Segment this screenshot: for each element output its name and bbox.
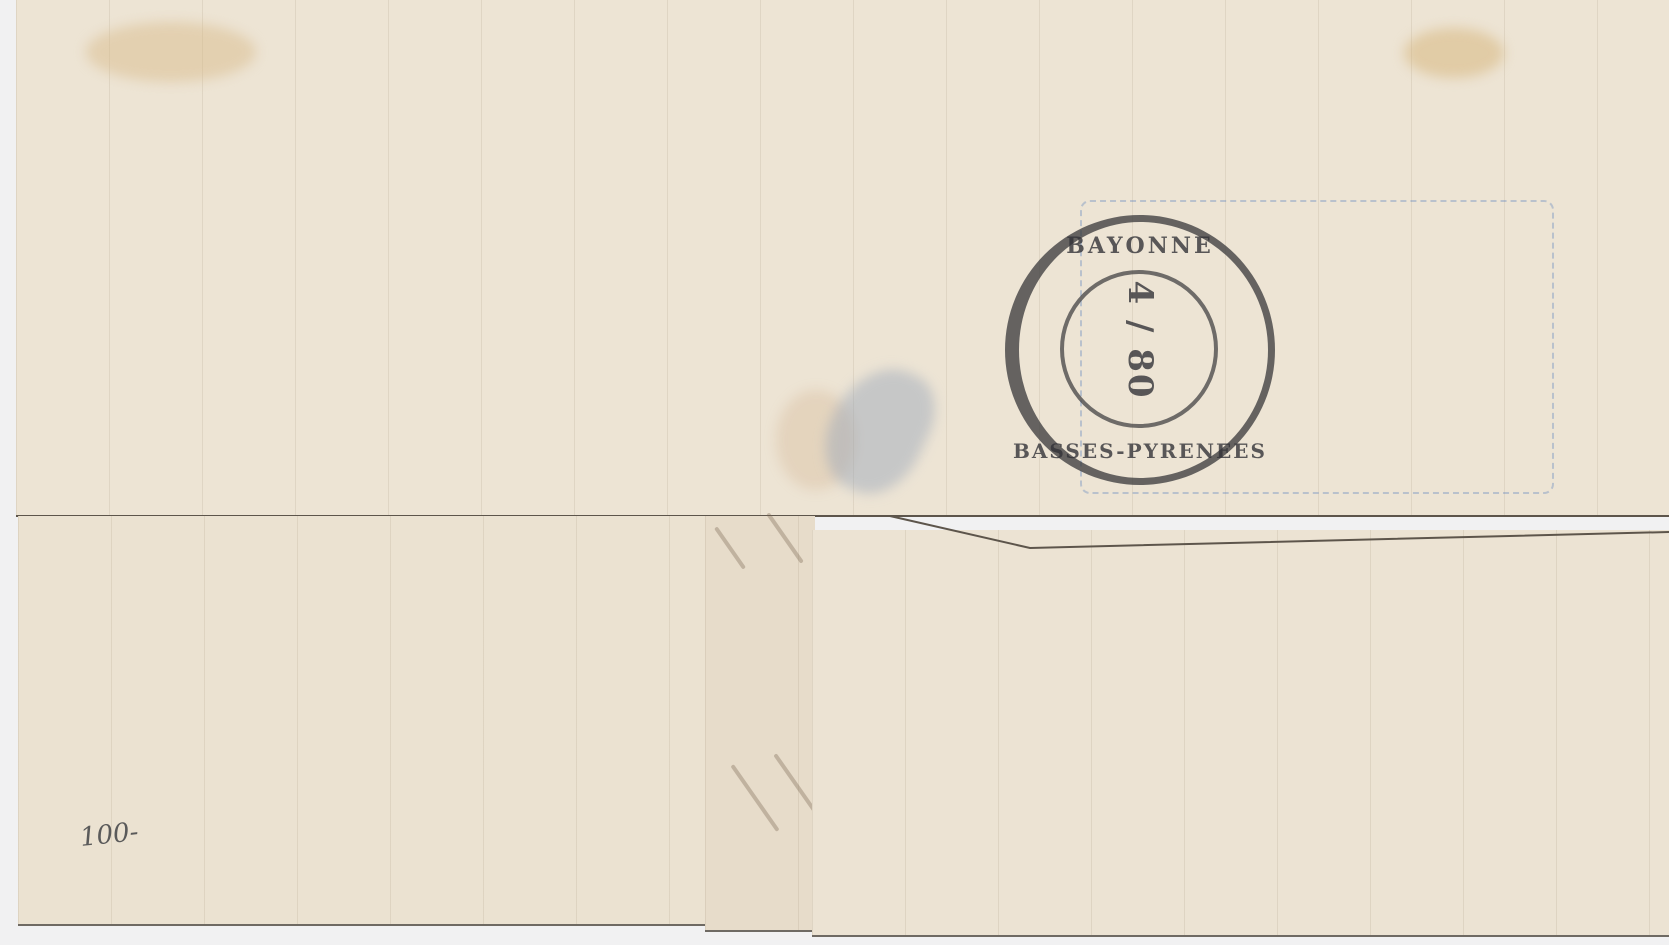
flap-edge xyxy=(0,0,1669,945)
pencil-note: 100- xyxy=(79,817,140,853)
